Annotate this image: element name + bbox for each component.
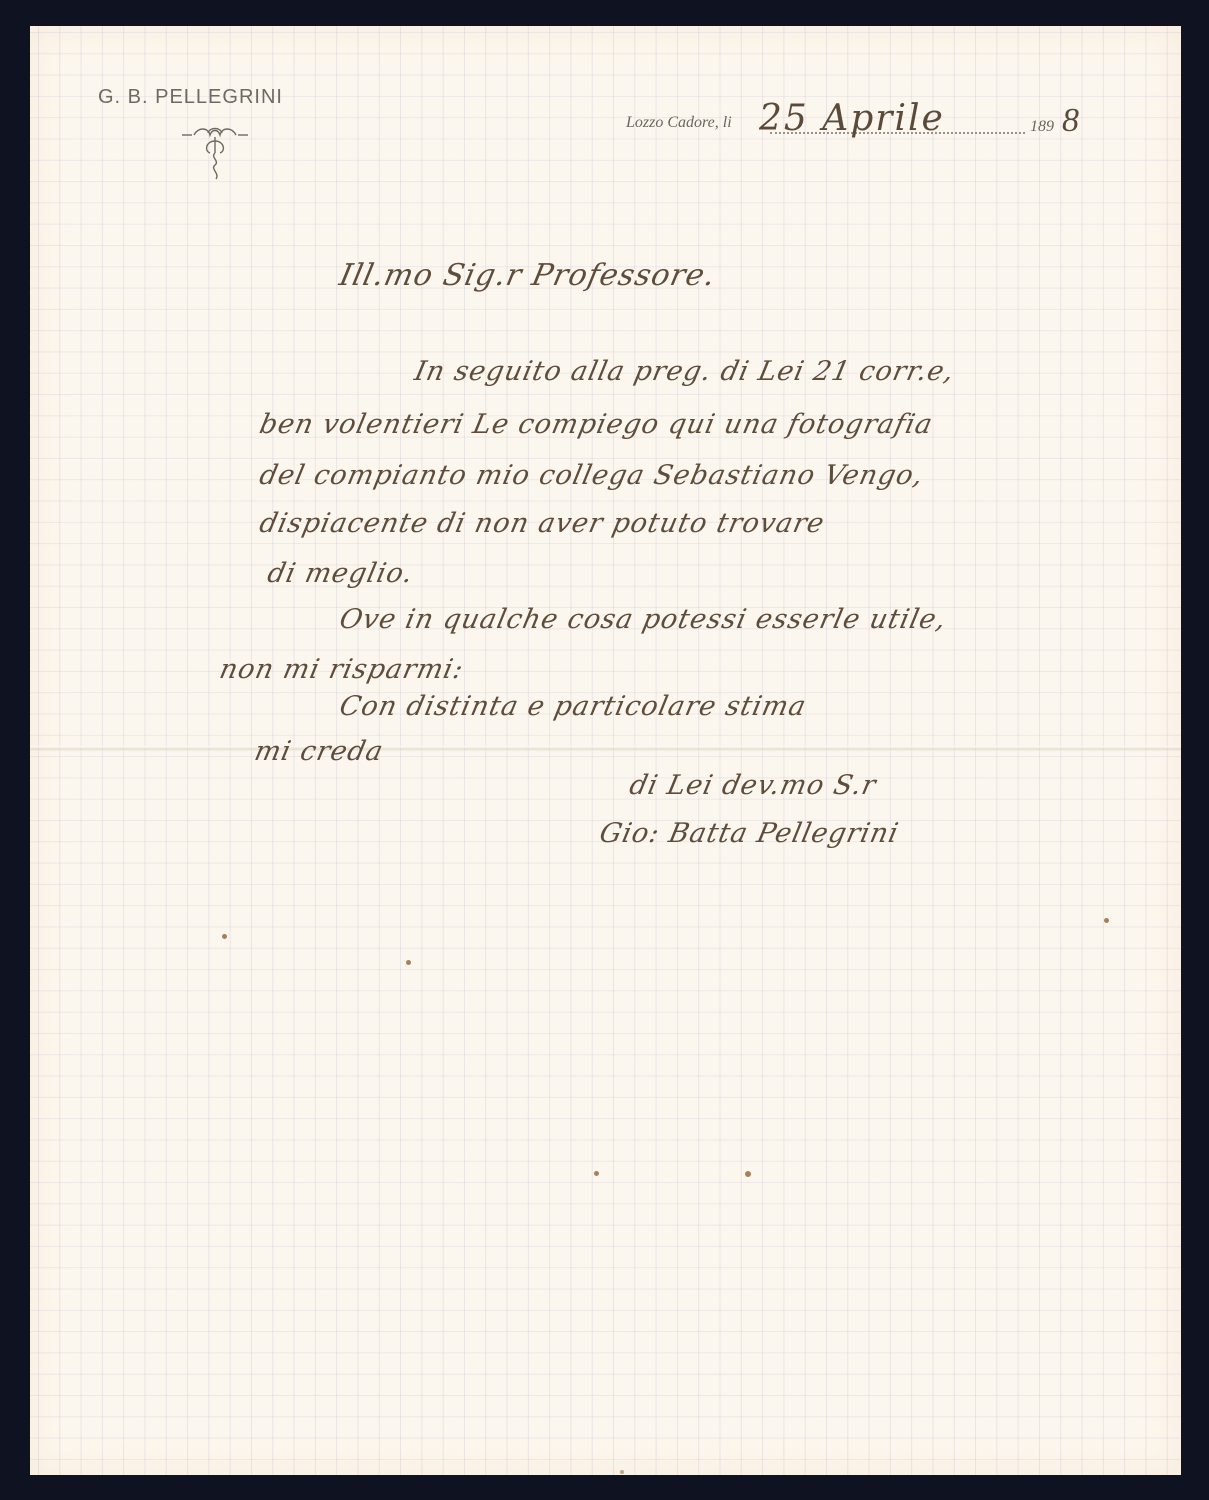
printed-place: Lozzo Cadore, li [626, 114, 732, 132]
letter-line-6: Ove in qualche cosa potessi esserle util… [337, 604, 950, 635]
handwritten-date: 25 Aprile [759, 98, 945, 139]
letter-paper: G. B. PELLEGRINI Lozzo Cadore, li 25 Apr… [30, 26, 1181, 1475]
letter-line-8: Con distinta e particolare stima [337, 691, 810, 722]
letter-line-5: di meglio. [265, 558, 417, 589]
handwritten-year-digit: 8 [1062, 102, 1079, 140]
letter-line-9: mi creda [252, 736, 387, 767]
printed-year: 189 [1030, 118, 1054, 136]
closing: di Lei dev.mo S.r [627, 770, 880, 801]
letter-line-7: non mi risparmi: [217, 654, 467, 685]
signature: Gio: Batta Pellegrini [597, 818, 902, 849]
salutation: Ill.mo Sig.r Professore. [336, 258, 719, 293]
letter-line-2: ben volentieri Le compiego qui una fotog… [257, 409, 936, 440]
paper-fold-crease [30, 746, 1181, 752]
foxing-spot [594, 1171, 599, 1176]
letterhead-name: G. B. PELLEGRINI [98, 86, 283, 109]
letter-line-1: In seguito alla preg. di Lei 21 corr.e, [412, 356, 958, 387]
letter-line-3: del compianto mio collega Sebastiano Ven… [257, 460, 927, 491]
foxing-spot [1104, 918, 1109, 923]
foxing-spot [620, 1470, 624, 1474]
foxing-spot [406, 960, 411, 965]
foxing-spot [745, 1171, 751, 1177]
floral-ornament-icon [180, 123, 250, 183]
letter-line-4: dispiacente di non aver potuto trovare [257, 508, 828, 539]
foxing-spot [222, 934, 227, 939]
